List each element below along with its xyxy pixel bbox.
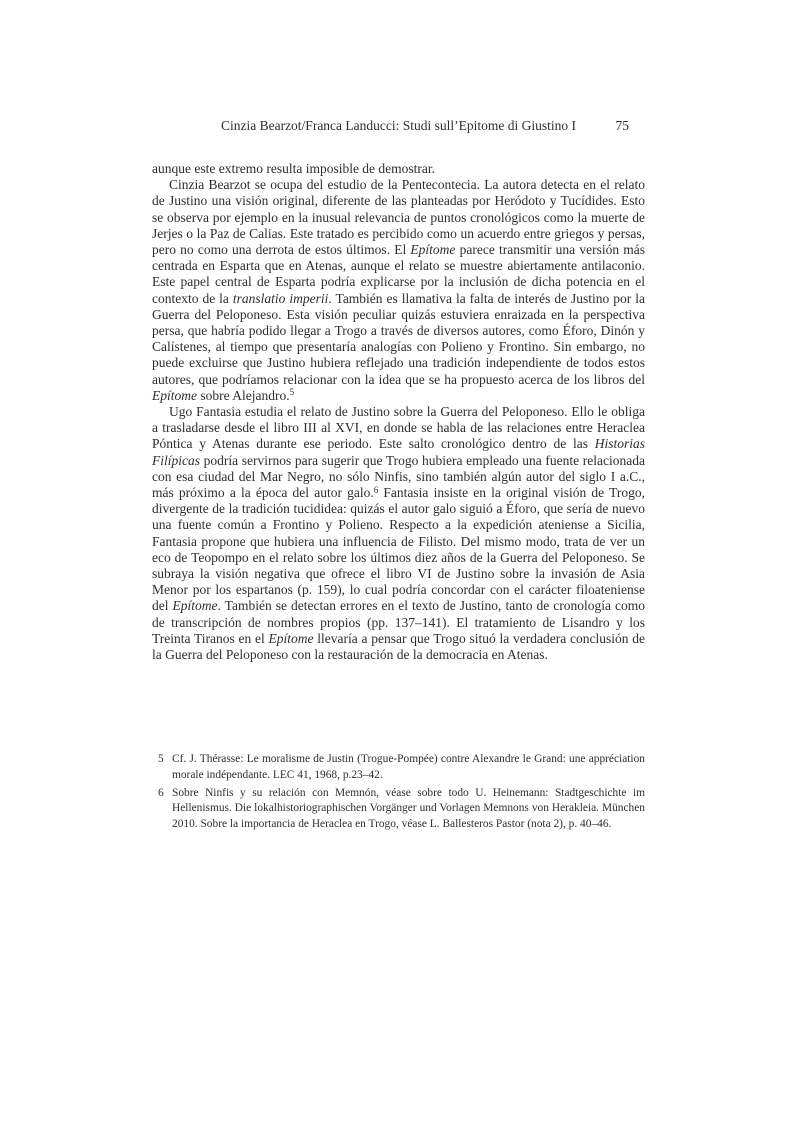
footnote: 6Sobre Ninfis y su relación con Memnón, …	[152, 786, 645, 833]
footnotes: 5Cf. J. Thérasse: Le moralisme de Justin…	[152, 752, 645, 835]
paragraph: aunque este extremo resulta imposible de…	[152, 161, 645, 177]
italic-text: Epítome	[269, 631, 314, 646]
footnote-text: Cf. J. Thérasse: Le moralisme de Justin …	[172, 753, 645, 781]
italic-text: Epítome	[152, 388, 197, 403]
footnote-number: 6	[158, 786, 164, 802]
document-page: Cinzia Bearzot/Franca Landucci: Studi su…	[0, 0, 800, 1131]
footnote-number: 5	[158, 752, 164, 768]
text-run: sobre Alejandro.	[197, 388, 290, 403]
text-run: aunque este extremo resulta imposible de…	[152, 161, 435, 176]
italic-text: Epítome	[410, 242, 455, 257]
footnote-reference: 6	[374, 485, 379, 495]
footnote-text: Sobre Ninfis y su relación con Memnón, v…	[172, 787, 645, 830]
paragraph: Cinzia Bearzot se ocupa del estudio de l…	[152, 177, 645, 404]
italic-text: Epítome	[173, 598, 218, 613]
page-number: 75	[616, 118, 630, 134]
text-run: Ugo Fantasia estudia el relato de Justin…	[152, 404, 645, 451]
italic-text: translatio imperii	[233, 291, 329, 306]
footnote-reference: 5	[290, 387, 295, 397]
paragraph: Ugo Fantasia estudia el relato de Justin…	[152, 404, 645, 663]
running-header: Cinzia Bearzot/Franca Landucci: Studi su…	[152, 118, 645, 134]
text-run: Fantasia insiste en la original visión d…	[152, 485, 645, 613]
header-title: Cinzia Bearzot/Franca Landucci: Studi su…	[221, 118, 576, 133]
footnote: 5Cf. J. Thérasse: Le moralisme de Justin…	[152, 752, 645, 783]
body-text: aunque este extremo resulta imposible de…	[152, 161, 645, 663]
